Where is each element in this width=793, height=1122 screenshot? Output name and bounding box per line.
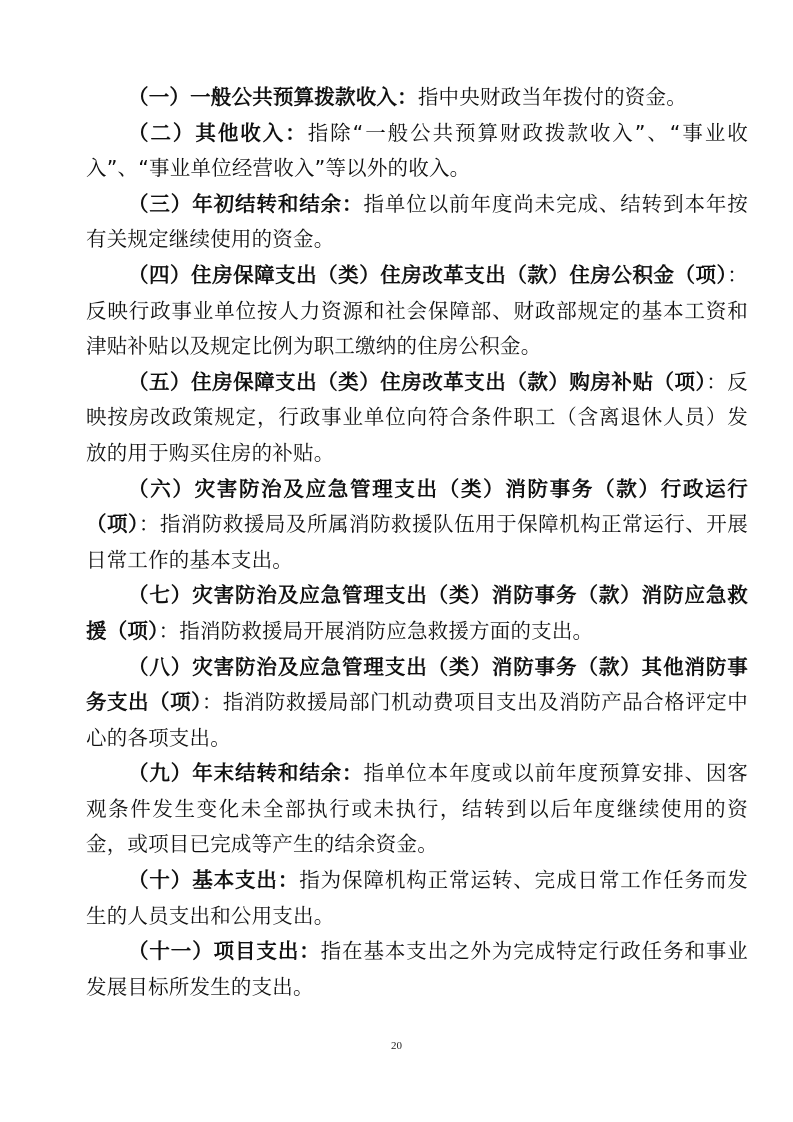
definition-paragraph-1: （一）一般公共预算拨款收入：指中央财政当年拨付的资金。: [86, 80, 748, 116]
definition-text: ：指消防救援局开展消防应急救援方面的支出。: [159, 619, 594, 643]
definition-text: 指中央财政当年拨付的资金。: [418, 85, 687, 109]
document-body: （一）一般公共预算拨款收入：指中央财政当年拨付的资金。 （二）其他收入：指除“一…: [86, 80, 748, 1005]
definition-term: （五）住房保障支出（类）住房改革支出（款）购房补贴（项）: [128, 370, 706, 394]
definition-term: （一）一般公共预算拨款收入：: [128, 85, 418, 109]
definition-term: （九）年末结转和结余：: [128, 761, 363, 785]
definition-paragraph-8: （八）灾害防治及应急管理支出（类）消防事务（款）其他消防事务支出（项）：指消防救…: [86, 650, 748, 757]
definition-paragraph-4: （四）住房保障支出（类）住房改革支出（款）住房公积金（项）：反映行政事业单位按人…: [86, 258, 748, 365]
definition-paragraph-11: （十一）项目支出：指在基本支出之外为完成特定行政任务和事业发展目标所发生的支出。: [86, 934, 748, 1005]
definition-paragraph-6: （六）灾害防治及应急管理支出（类）消防事务（款）行政运行（项）：指消防救援局及所…: [86, 472, 748, 579]
definition-term: （四）住房保障支出（类）住房改革支出（款）住房公积金（项）: [128, 263, 727, 287]
definition-term: （二）其他收入：: [128, 121, 308, 145]
definition-term: （十一）项目支出：: [128, 939, 321, 963]
definition-paragraph-10: （十）基本支出：指为保障机构正常运转、完成日常工作任务而发生的人员支出和公用支出…: [86, 863, 748, 934]
definition-term: （三）年初结转和结余：: [128, 192, 363, 216]
definition-paragraph-5: （五）住房保障支出（类）住房改革支出（款）购房补贴（项）：反映按房改政策规定，行…: [86, 365, 748, 472]
definition-paragraph-9: （九）年末结转和结余：指单位本年度或以前年度预算安排、因客观条件发生变化未全部执…: [86, 756, 748, 863]
definition-paragraph-3: （三）年初结转和结余：指单位以前年度尚未完成、结转到本年按有关规定继续使用的资金…: [86, 187, 748, 258]
page-number: 20: [0, 1040, 793, 1052]
definition-term: （十）基本支出：: [128, 868, 299, 892]
definition-text: ：指消防救援局及所属消防救援队伍用于保障机构正常运行、开展日常工作的基本支出。: [86, 512, 748, 572]
definition-paragraph-7: （七）灾害防治及应急管理支出（类）消防事务（款）消防应急救援（项）：指消防救援局…: [86, 578, 748, 649]
definition-paragraph-2: （二）其他收入：指除“一般公共预算财政拨款收入”、“事业收入”、“事业单位经营收…: [86, 116, 748, 187]
